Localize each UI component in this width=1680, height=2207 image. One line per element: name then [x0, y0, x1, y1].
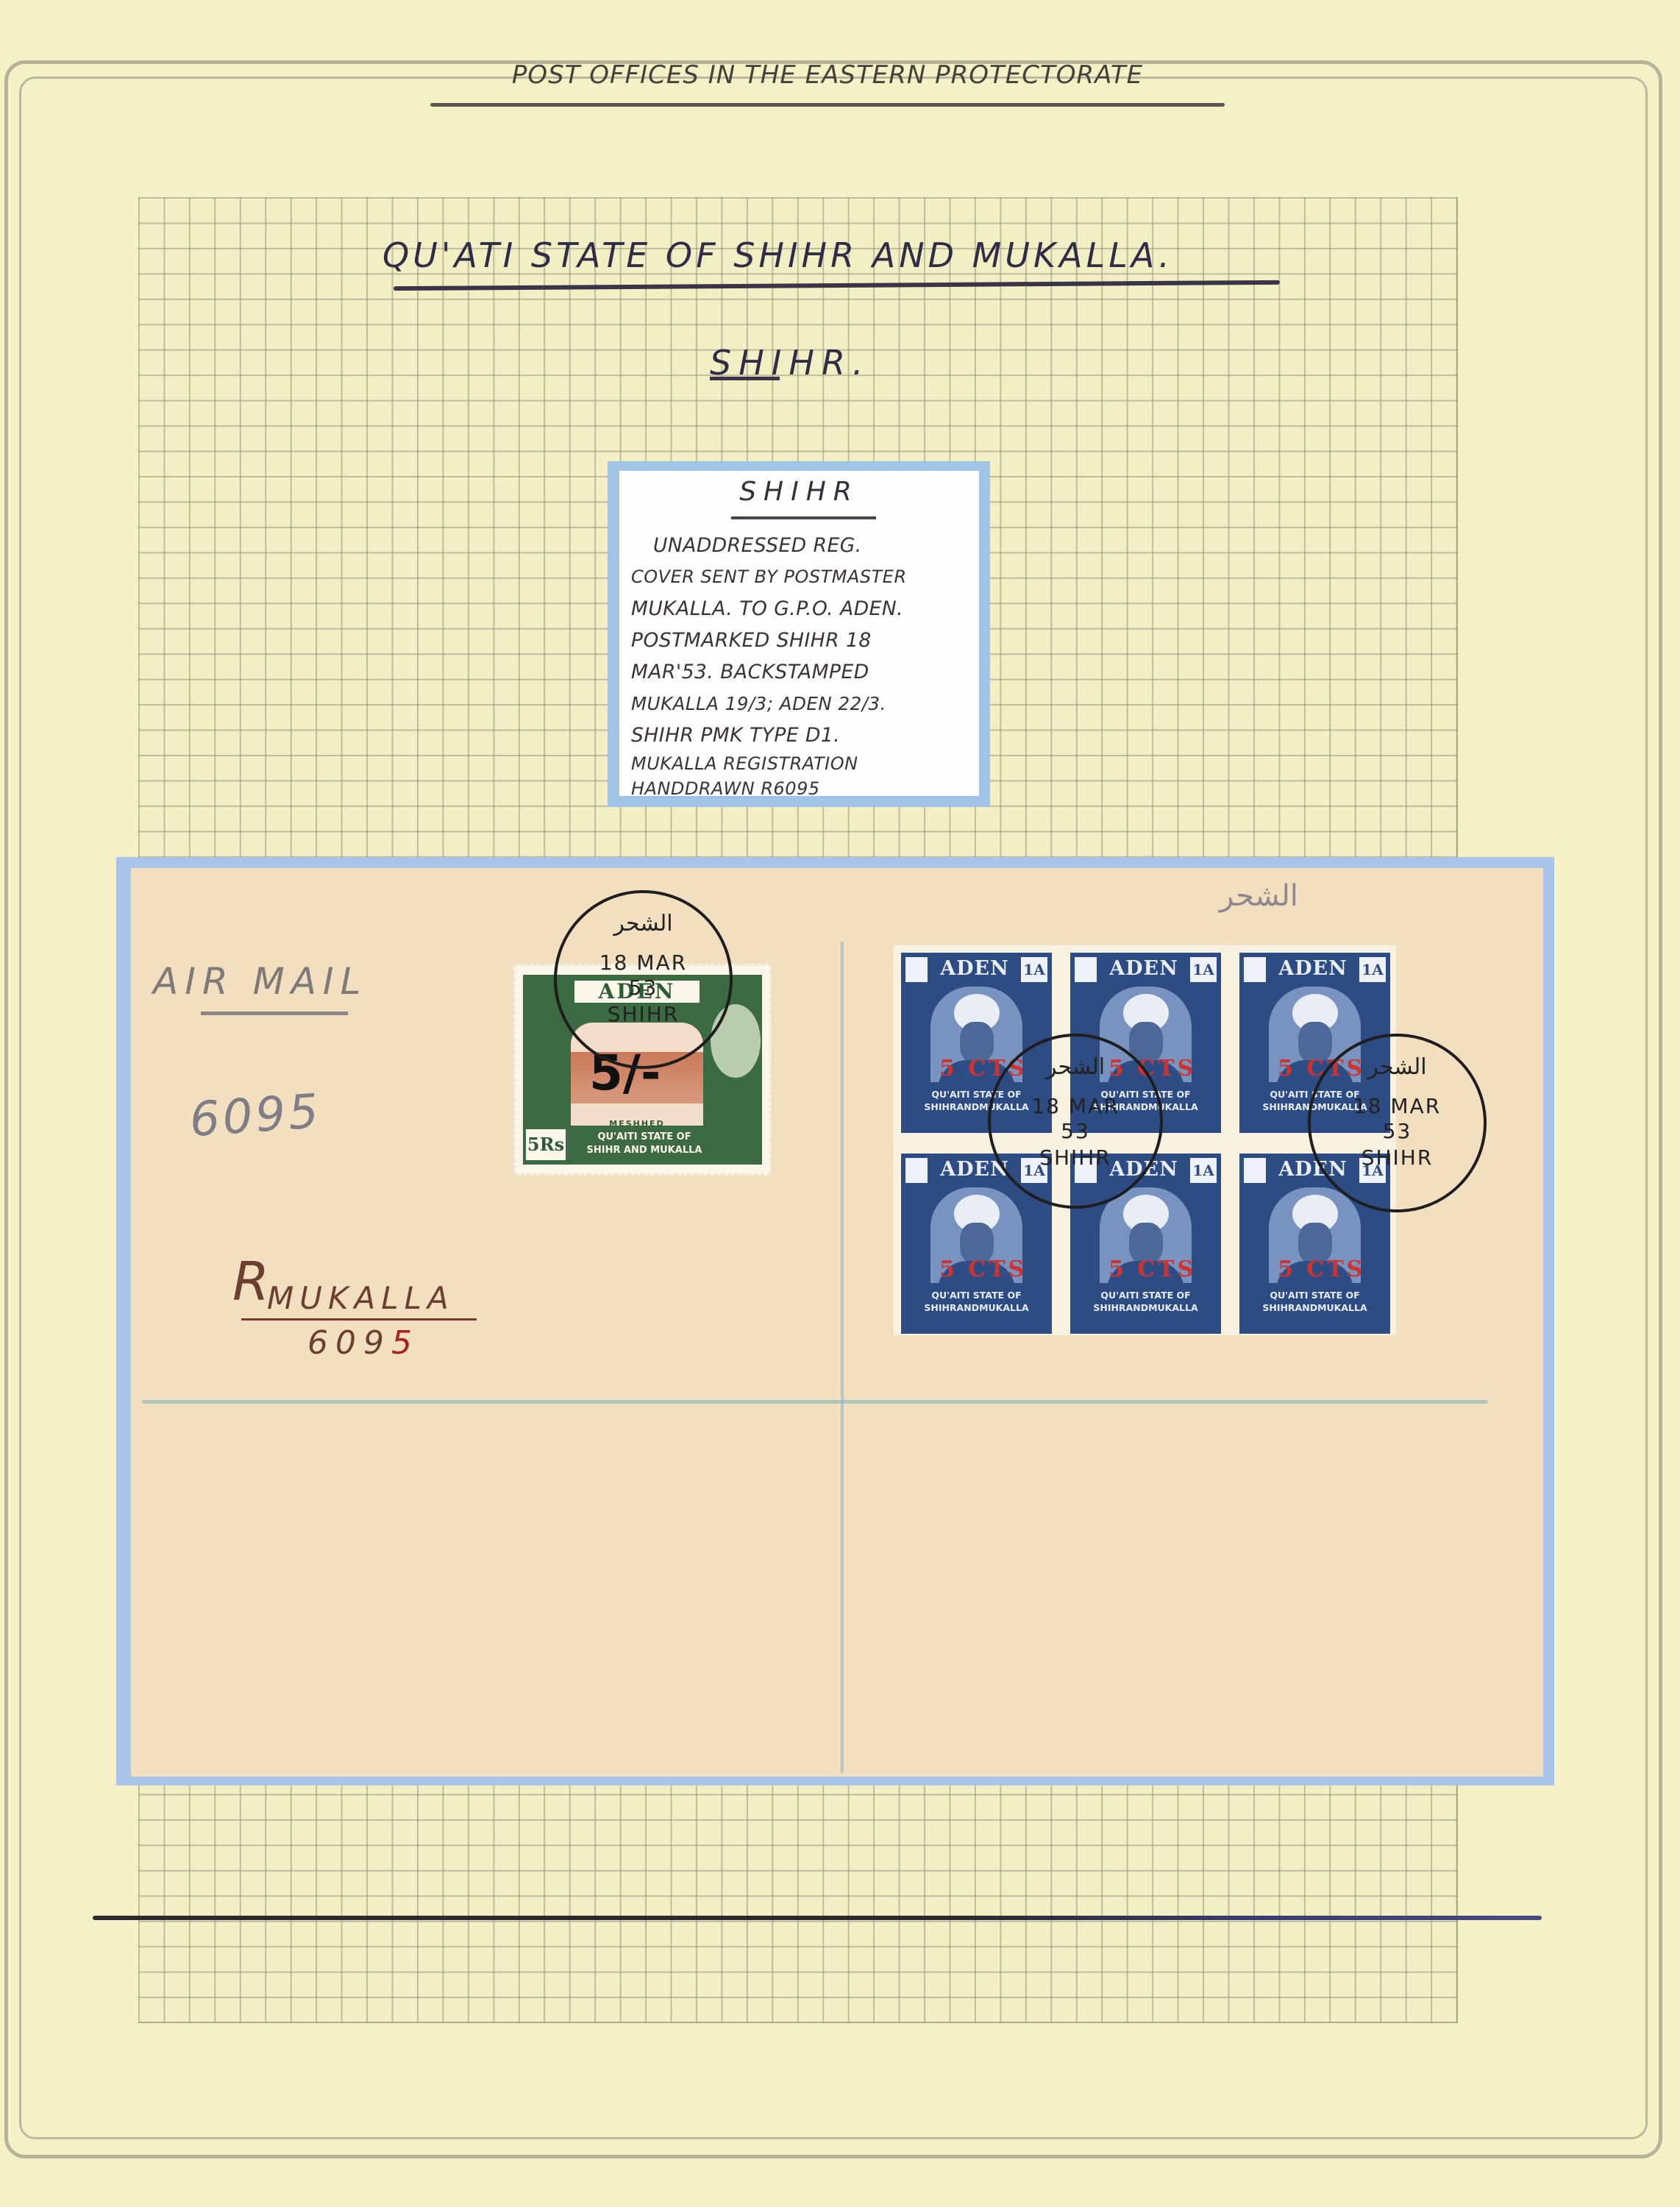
stamp-state-name: QU'AITI STATE OFSHIHRANDMUKALLA: [907, 1289, 1046, 1314]
stamp-value: 1A: [1190, 1158, 1217, 1183]
shihr-postmark: الشحر18 MAR53SHIHR: [1308, 1034, 1487, 1212]
postmark-town: SHIHR: [991, 1145, 1160, 1170]
registration-number-last-digit: 5: [391, 1324, 419, 1362]
stamp-state-line-1: QU'AITI STATE OF: [1076, 1289, 1215, 1301]
shihr-postmark: الشحر18 MAR53SHIHR: [988, 1034, 1163, 1209]
note-line: UNADDRESSED REG.: [631, 530, 977, 561]
arabic-value-tablet: [905, 957, 928, 982]
bottom-rule: [93, 1916, 1542, 1920]
stamp-state-line-1: QU'AITI STATE OF: [1245, 1289, 1384, 1301]
stamp-value: 5Rs: [526, 1129, 566, 1160]
postmark-year: 53: [991, 1119, 1160, 1144]
registered-cover: AIR MAIL 6095 R MUKALLA 6095 الشحر ADEN …: [131, 868, 1543, 1777]
postmark-town: SHIHR: [1311, 1145, 1484, 1170]
postmark-town: SHIHR: [557, 1002, 730, 1027]
airmail-inscription: AIR MAIL: [153, 960, 368, 1003]
postmark-date: 18 MAR: [557, 950, 730, 975]
note-line: HANDDRAWN R6095: [631, 776, 977, 801]
stamp-state-name: QU'AITI STATE OFSHIHRANDMUKALLA: [1076, 1289, 1215, 1314]
stamp-state-line-2: SHIHRANDMUKALLA: [907, 1301, 1046, 1314]
registration-crayon-line-vertical: [841, 942, 844, 1773]
stamp-surcharge: 5 CTS: [939, 1257, 1027, 1282]
stamp-country: ADEN: [930, 957, 1019, 981]
arabic-value-tablet: [1244, 957, 1266, 982]
arabic-value-tablet: [1244, 1158, 1266, 1183]
note-line: MAR'53. BACKSTAMPED: [631, 656, 977, 688]
note-line: POSTMARKED SHIHR 18: [631, 625, 977, 656]
stamp-state-name: QU'AITI STATE OF SHIHR AND MUKALLA: [574, 1131, 714, 1157]
registration-number: 6095: [307, 1324, 419, 1362]
postmark-date: 18 MAR: [991, 1094, 1160, 1119]
stamp-state-line-2: SHIHRANDMUKALLA: [1245, 1301, 1384, 1314]
page-title: QU'ATI STATE OF SHIHR AND MUKALLA.: [382, 235, 1295, 275]
stamp-state-line-2: SHIHR AND MUKALLA: [574, 1144, 714, 1157]
note-line: MUKALLA REGISTRATION: [631, 751, 977, 776]
registration-number-main: 609: [307, 1324, 391, 1362]
registration-office: MUKALLA: [267, 1280, 455, 1316]
note-line: COVER SENT BY POSTMASTER: [631, 561, 977, 593]
stamp-country: ADEN: [1269, 957, 1357, 981]
postmark-date: 18 MAR: [1311, 1094, 1484, 1119]
note-line: MUKALLA 19/3; ADEN 22/3.: [631, 688, 977, 719]
note-card-title: SHIHR: [619, 477, 979, 507]
stamp-state-line-2: SHIHRANDMUKALLA: [1076, 1301, 1215, 1314]
stamp-value: 1A: [1021, 957, 1047, 982]
note-card: SHIHR UNADDRESSED REG. COVER SENT BY POS…: [619, 471, 979, 796]
pencil-registration-number: 6095: [188, 1084, 324, 1148]
header-underline: [430, 103, 1225, 107]
stamp-state-line-1: QU'AITI STATE OF: [907, 1289, 1046, 1301]
registration-underline: [241, 1318, 477, 1321]
note-line: SHIHR PMK TYPE D1.: [631, 719, 977, 751]
registration-r-mark: R: [232, 1251, 271, 1312]
arabic-value-tablet: [1075, 957, 1097, 982]
note-card-text: UNADDRESSED REG. COVER SENT BY POSTMASTE…: [631, 530, 977, 801]
subtitle-underline: [710, 377, 780, 380]
postmark-town-arabic: الشحر: [991, 1055, 1160, 1080]
registration-crayon-line-horizontal: [142, 1400, 1488, 1404]
postmark-year: 53: [1311, 1119, 1484, 1144]
stamp-vignette-caption: MESHHED: [571, 1119, 703, 1129]
stamp-value: 1A: [1359, 957, 1386, 982]
arabic-value-tablet: [905, 1158, 928, 1183]
postmark-town-arabic: الشحر: [557, 911, 730, 937]
note-line: MUKALLA. TO G.P.O. ADEN.: [631, 593, 977, 625]
stamp-surcharge: 5 CTS: [1278, 1257, 1365, 1282]
arabic-pencil-note: الشحر: [1220, 879, 1298, 913]
shihr-postmark: الشحر18 MAR53SHIHR: [554, 890, 733, 1069]
stamp-state-line-1: QU'AITI STATE OF: [574, 1131, 714, 1144]
page-header: POST OFFICES IN THE EASTERN PROTECTORATE: [430, 60, 1225, 90]
postmark-town-arabic: الشحر: [1311, 1055, 1484, 1080]
stamp-value: 1A: [1190, 957, 1217, 982]
stamp-surcharge: 5 CTS: [1108, 1257, 1196, 1282]
stamp-state-name: QU'AITI STATE OFSHIHRANDMUKALLA: [1245, 1289, 1384, 1314]
postmark-year: 53: [557, 975, 730, 1001]
airmail-underline: [201, 1012, 348, 1015]
stamp-country: ADEN: [1100, 957, 1188, 981]
note-card-title-underline: [731, 516, 876, 519]
